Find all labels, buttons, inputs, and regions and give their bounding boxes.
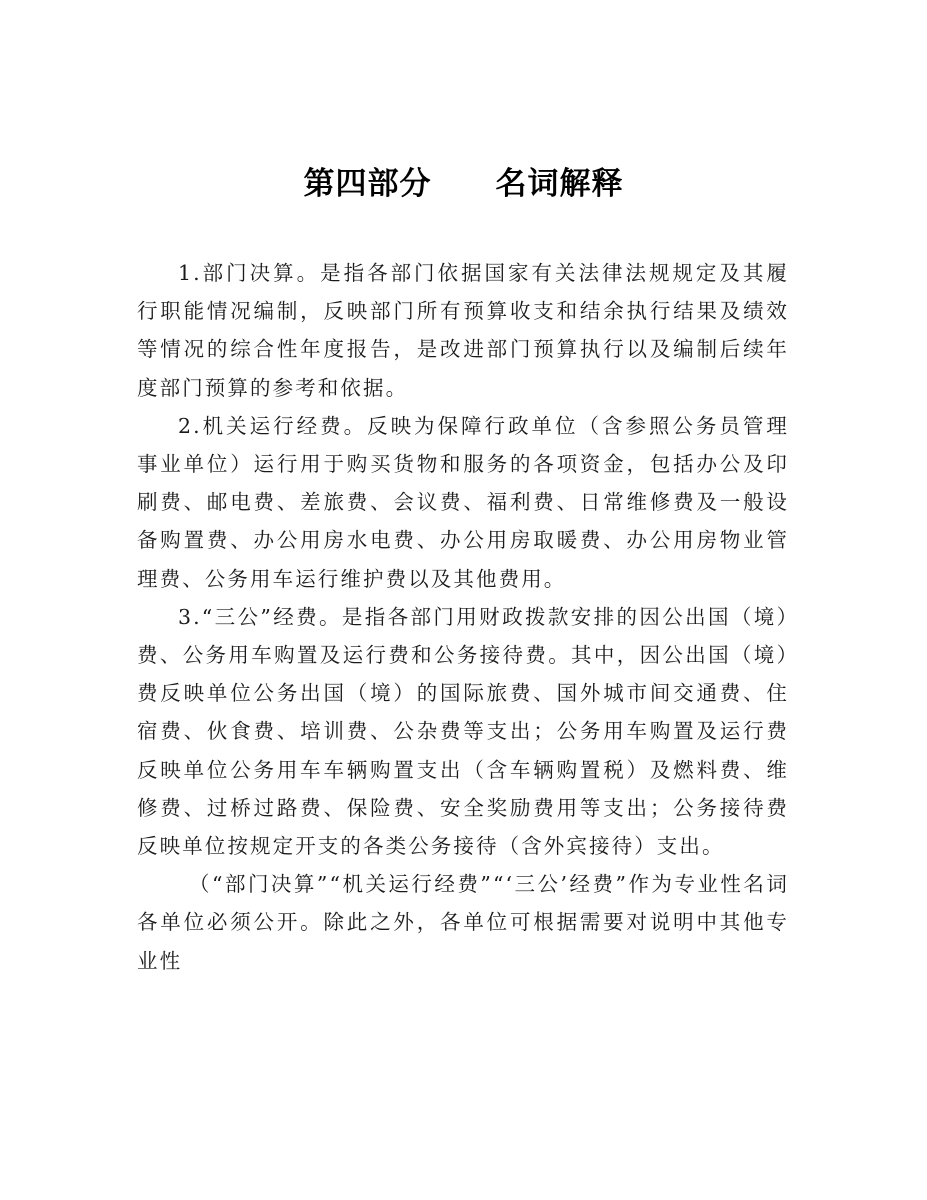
- definition-organ-operating-expenses: 2.机关运行经费。反映为保障行政单位（含参照公务员管理事业单位）运行用于购买货物…: [137, 407, 789, 598]
- definition-departmental-final-accounts: 1.部门决算。是指各部门依据国家有关法律法规规定及其履行职能情况编制，反映部门所…: [137, 254, 789, 407]
- definition-three-public-expenses: 3.“三公”经费。是指各部门用财政拨款安排的因公出国（境）费、公务用车购置及运行…: [137, 598, 789, 865]
- document-page: 第四部分 名词解释 1.部门决算。是指各部门依据国家有关法律法规规定及其履行职能…: [0, 0, 927, 1200]
- page-title: 第四部分 名词解释: [0, 158, 927, 203]
- document-body: 1.部门决算。是指各部门依据国家有关法律法规规定及其履行职能情况编制，反映部门所…: [137, 254, 789, 980]
- disclosure-note: （“部门决算”“机关运行经费”“‘三公’经费”作为专业性名词各单位必须公开。除此…: [137, 865, 789, 980]
